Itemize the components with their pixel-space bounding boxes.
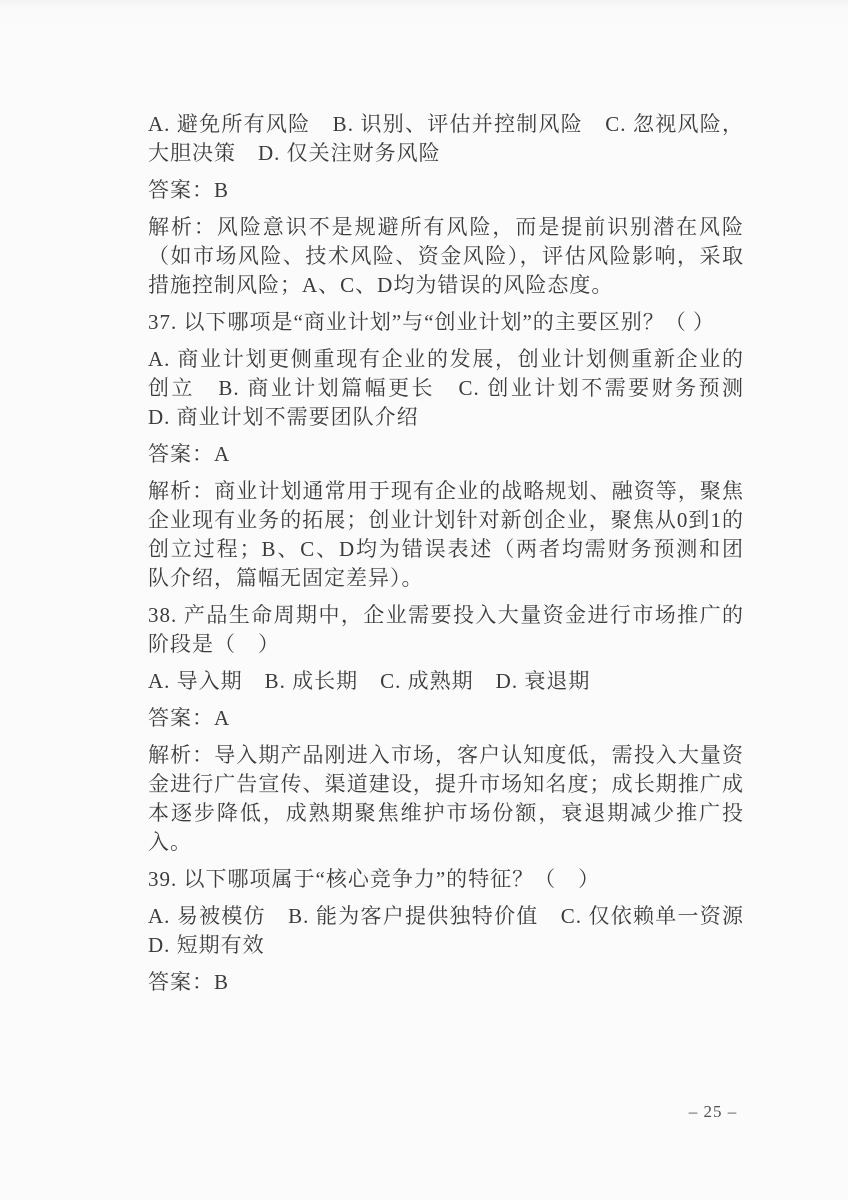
document-content: A. 避免所有风险 B. 识别、评估并控制风险 C. 忽视风险，大胆决策 D. … — [148, 110, 744, 1005]
q37-options: A. 商业计划更侧重现有企业的发展，创业计划侧重新企业的创立 B. 商业计划篇幅… — [148, 345, 744, 432]
q36-answer: 答案：B — [148, 176, 744, 205]
q36-options: A. 避免所有风险 B. 识别、评估并控制风险 C. 忽视风险，大胆决策 D. … — [148, 110, 744, 168]
q38-answer: 答案：A — [148, 704, 744, 733]
page-number: – 25 – — [666, 1102, 760, 1122]
q38-question: 38. 产品生命周期中，企业需要投入大量资金进行市场推广的阶段是（ ） — [148, 601, 744, 659]
document-page: A. 避免所有风险 B. 识别、评估并控制风险 C. 忽视风险，大胆决策 D. … — [0, 0, 848, 1200]
q39-question: 39. 以下哪项属于“核心竞争力”的特征？（ ） — [148, 865, 744, 894]
q39-options: A. 易被模仿 B. 能为客户提供独特价值 C. 仅依赖单一资源 D. 短期有效 — [148, 902, 744, 960]
q37-analysis: 解析：商业计划通常用于现有企业的战略规划、融资等，聚焦企业现有业务的拓展；创业计… — [148, 477, 744, 593]
q38-options: A. 导入期 B. 成长期 C. 成熟期 D. 衰退期 — [148, 667, 744, 696]
q36-analysis: 解析：风险意识不是规避所有风险，而是提前识别潜在风险（如市场风险、技术风险、资金… — [148, 213, 744, 300]
q38-analysis: 解析：导入期产品刚进入市场，客户认知度低，需投入大量资金进行广告宣传、渠道建设，… — [148, 741, 744, 857]
q39-answer: 答案：B — [148, 968, 744, 997]
q37-answer: 答案：A — [148, 440, 744, 469]
q37-question: 37. 以下哪项是“商业计划”与“创业计划”的主要区别？（ ） — [148, 308, 744, 337]
